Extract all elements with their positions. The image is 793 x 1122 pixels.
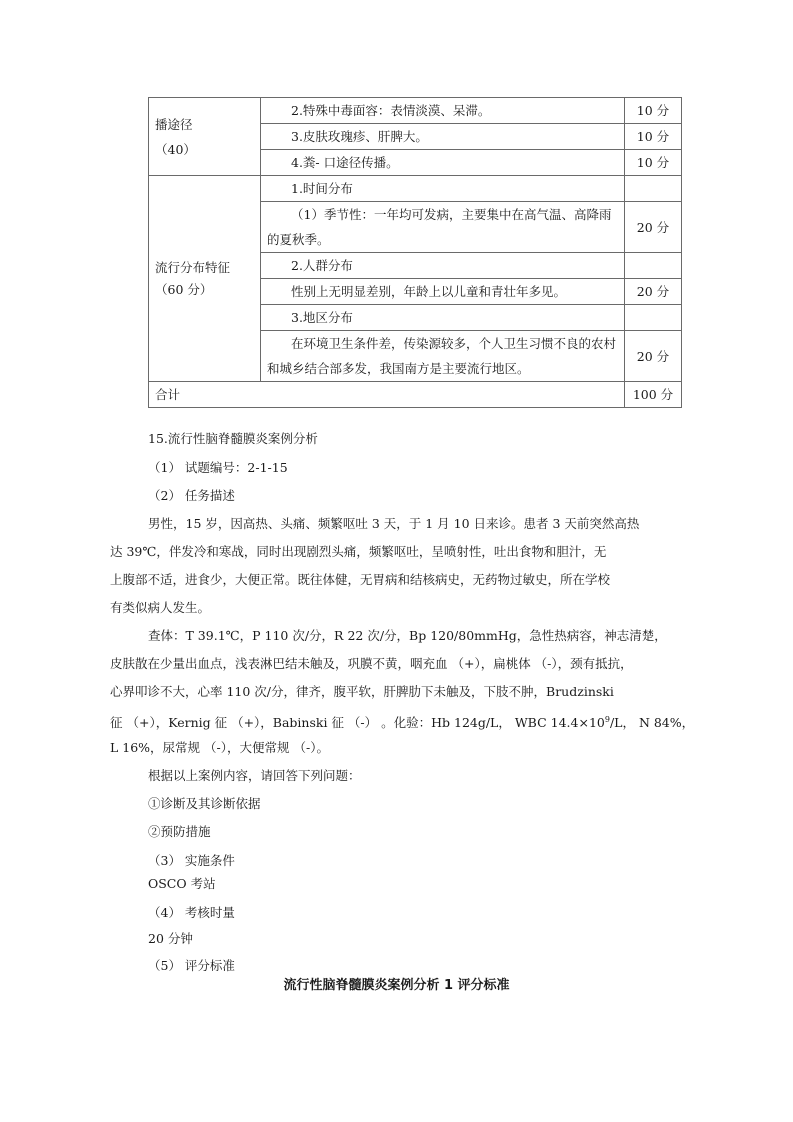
criterion-cell: 性别上无明显差别，年龄上以儿童和青壮年多见。 [261,279,625,305]
question-intro: 根据以上案例内容，请回答下列问题： [148,767,361,785]
category-label: 流行分布特征 [155,257,254,279]
criterion-cell: 在环境卫生条件差，传染源较多，个人卫生习惯不良的农村和城乡结合部多发，我国南方是… [261,331,625,382]
duration-heading: （4） 考核时量 [148,904,235,922]
question-item: ①诊断及其诊断依据 [148,795,261,813]
question-item: ②预防措施 [148,823,211,841]
conditions-value: OSCO 考站 [148,875,216,893]
points-cell [625,176,682,202]
exam-text-line: 皮肤散在少量出血点，浅表淋巴结未触及，巩膜不黄，咽充血 （+），扁桃体 （-），… [110,655,633,673]
table-row: 流行分布特征 （60 分） 1.时间分布 [149,176,682,202]
points-cell: 10 分 [625,150,682,176]
category-cell: 流行分布特征 （60 分） [149,176,261,382]
points-cell [625,253,682,279]
scoring-table: 播途径 （40） 2.特殊中毒面容：表情淡漠、呆滞。 10 分 3.皮肤玫瑰疹、… [148,97,682,408]
total-label: 合计 [149,382,625,408]
table-row: 播途径 （40） 2.特殊中毒面容：表情淡漠、呆滞。 10 分 [149,98,682,124]
duration-value: 20 分钟 [148,930,193,948]
total-row: 合计 100 分 [149,382,682,408]
document-page: 播途径 （40） 2.特殊中毒面容：表情淡漠、呆滞。 10 分 3.皮肤玫瑰疹、… [0,0,793,1122]
total-points: 100 分 [625,382,682,408]
exam-text-line: L 16%，尿常规 （-），大便常规 （-）。 [110,739,329,757]
category-score: （60 分） [155,279,254,301]
category-label: 播途径 [155,112,254,137]
criterion-cell: （1）季节性：一年均可发病，主要集中在高气温、高降雨的夏秋季。 [261,202,625,253]
category-score: （40） [155,137,254,162]
case-text-line: 有类似病人发生。 [110,599,210,617]
points-cell: 20 分 [625,331,682,382]
points-cell: 10 分 [625,98,682,124]
criterion-cell: 4.粪- 口途径传播。 [261,150,625,176]
points-cell: 20 分 [625,279,682,305]
exam-text-line: 心界叩诊不大，心率 110 次/分，律齐，腹平软，肝脾肋下未触及，下肢不肿，Br… [110,683,614,701]
case-text-line: 男性，15 岁，因高热、头痛、频繁呕吐 3 天，于 1 月 10 日来诊。患者 … [148,515,639,533]
exam-text: 征 （+），Kernig 征 （+），Babinski 征 （-） 。化验：Hb… [110,715,605,730]
case-text-line: 上腹部不适，进食少，大便正常。既往体健，无胃病和结核病史，无药物过敏史，所在学校 [110,571,610,589]
criterion-cell: 1.时间分布 [261,176,625,202]
case-text-line: 达 39℃，伴发冷和寒战，同时出现剧烈头痛，频繁呕吐，呈喷射性，吐出食物和胆汁，… [110,543,606,561]
criterion-cell: 2.特殊中毒面容：表情淡漠、呆滞。 [261,98,625,124]
section-title: 15.流行性脑脊髓膜炎案例分析 [148,430,318,448]
question-id: （1） 试题编号：2-1-15 [148,459,288,477]
exam-text-line: 查体：T 39.1℃，P 110 次/分，R 22 次/分，Bp 120/80m… [148,627,667,645]
conditions-heading: （3） 实施条件 [148,852,235,870]
exam-text-line: 征 （+），Kernig 征 （+），Babinski 征 （-） 。化验：Hb… [110,711,694,732]
scoring-heading-item: （5） 评分标准 [148,957,235,975]
points-cell: 20 分 [625,202,682,253]
points-cell: 10 分 [625,124,682,150]
scoring-standard-title: 流行性脑脊髓膜炎案例分析 1 评分标准 [0,974,793,993]
category-cell: 播途径 （40） [149,98,261,176]
criterion-cell: 3.皮肤玫瑰疹、肝脾大。 [261,124,625,150]
criterion-cell: 2.人群分布 [261,253,625,279]
points-cell [625,305,682,331]
exam-text-tail: /L， N 84%， [610,715,694,730]
task-description-heading: （2） 任务描述 [148,487,235,505]
criterion-cell: 3.地区分布 [261,305,625,331]
